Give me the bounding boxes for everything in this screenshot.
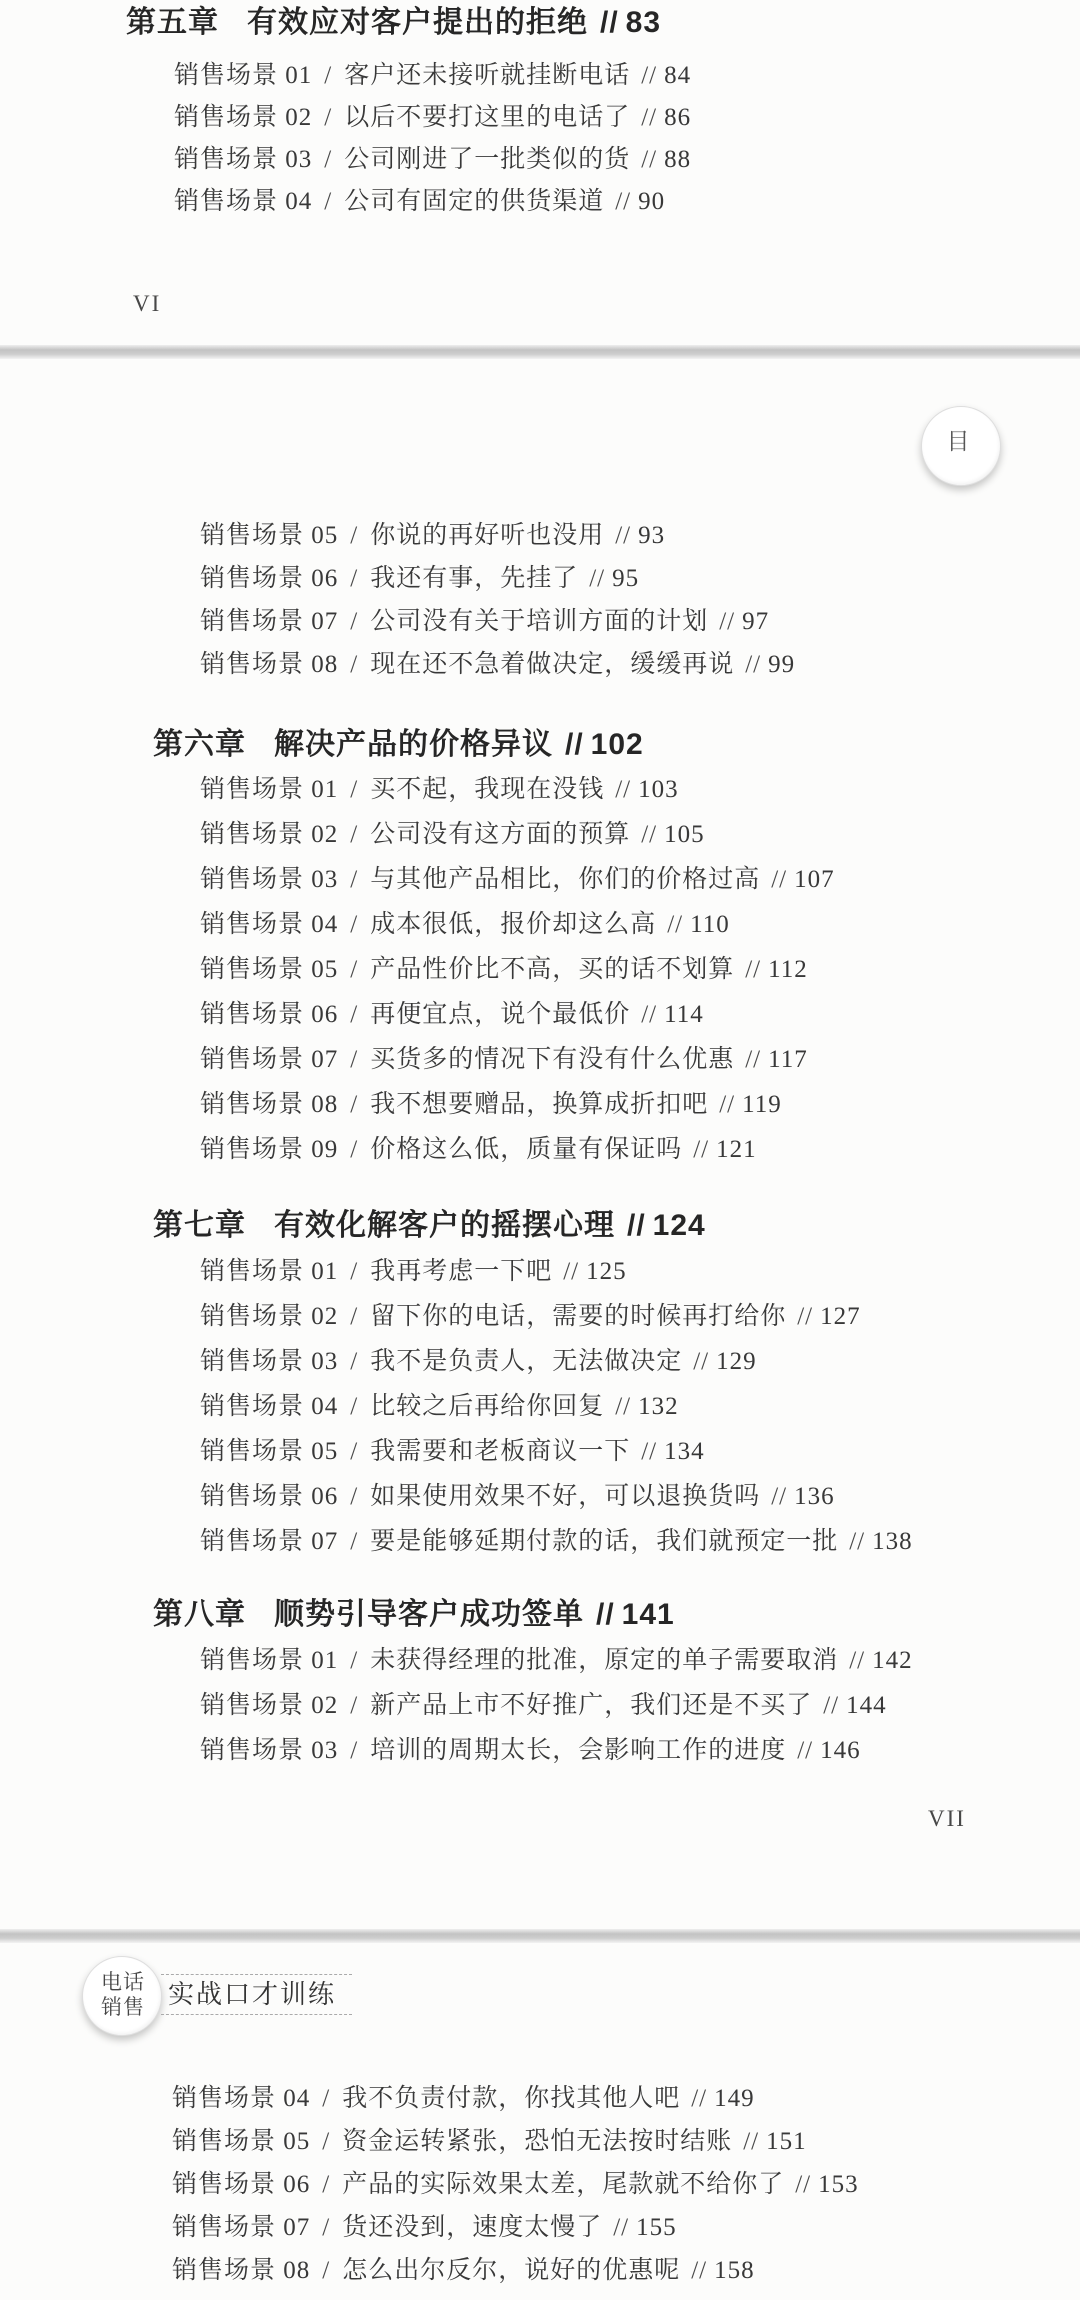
toc-item-title: 公司刚进了一批类似的货: [344, 146, 630, 173]
toc-item-label: 销售场景 07: [200, 608, 338, 635]
toc-item: 销售场景 01/我再考虑一下吧//125: [200, 1258, 913, 1303]
toc-item-label: 销售场景 03: [200, 1348, 338, 1375]
page-separator: //: [693, 1136, 709, 1163]
toc-item-title: 客户还未接听就挂断电话: [344, 62, 630, 89]
toc-item-label: 销售场景 07: [200, 1528, 338, 1555]
toc-item: 销售场景 09/价格这么低，质量有保证吗//121: [200, 1136, 835, 1181]
toc-item: 销售场景 04/我不负责付款，你找其他人吧//149: [172, 2085, 859, 2128]
toc-item-title: 比较之后再给你回复: [370, 1393, 604, 1420]
item-separator: /: [350, 1348, 358, 1375]
item-separator: /: [324, 104, 332, 131]
toc-item-label: 销售场景 01: [200, 1258, 338, 1285]
page-divider: [0, 345, 1080, 359]
toc-item-title: 要是能够延期付款的话，我们就预定一批: [370, 1528, 838, 1555]
toc-item-title: 我不是负责人，无法做决定: [370, 1348, 682, 1375]
chapter-page-number: 124: [653, 1209, 706, 1242]
chapter-page-number: 102: [591, 728, 644, 761]
item-separator: /: [324, 146, 332, 173]
chapter-label: 第五章: [126, 6, 219, 39]
page-separator: //: [849, 1528, 865, 1555]
toc-item-page: 127: [820, 1303, 861, 1330]
item-separator: /: [350, 1046, 358, 1073]
chapter-5-items: 销售场景 01/客户还未接听就挂断电话//84 销售场景 02/以后不要打这里的…: [174, 62, 691, 230]
chapter-6-items: 销售场景 01/买不起，我现在没钱//103 销售场景 02/公司没有这方面的预…: [200, 776, 835, 1181]
chapter-7-heading: 第七章有效化解客户的摇摆心理//124: [153, 1209, 706, 1243]
toc-item: 销售场景 08/怎么出尔反尔，说好的优惠呢//158: [172, 2257, 859, 2300]
item-separator: /: [324, 188, 332, 215]
toc-item-page: 134: [664, 1438, 705, 1465]
chapter-title: 顺势引导客户成功签单: [274, 1598, 584, 1631]
toc-item: 销售场景 06/产品的实际效果太差，尾款就不给你了//153: [172, 2171, 859, 2214]
toc-item-title: 留下你的电话，需要的时候再打给你: [370, 1303, 786, 1330]
toc-item-label: 销售场景 08: [200, 651, 338, 678]
toc-item-page: 93: [638, 522, 665, 549]
toc-item-title: 我还有事，先挂了: [370, 565, 578, 592]
chapter-5-continued-items: 销售场景 05/你说的再好听也没用//93 销售场景 06/我还有事，先挂了//…: [200, 522, 795, 694]
toc-item: 销售场景 03/培训的周期太长，会影响工作的进度//146: [200, 1737, 913, 1782]
item-separator: /: [350, 1258, 358, 1285]
toc-item-title: 公司没有这方面的预算: [370, 821, 630, 848]
toc-item-page: 119: [742, 1091, 782, 1118]
toc-item-label: 销售场景 03: [200, 1737, 338, 1764]
toc-item-title: 价格这么低，质量有保证吗: [370, 1136, 682, 1163]
item-separator: /: [350, 1737, 358, 1764]
toc-item-title: 买不起，我现在没钱: [370, 776, 604, 803]
toc-item-title: 产品性价比不高，买的话不划算: [370, 956, 734, 983]
page-separator: //: [795, 2171, 811, 2198]
chapter-5-heading: 第五章有效应对客户提出的拒绝//83: [126, 6, 661, 40]
toc-item-title: 现在还不急着做决定，缓缓再说: [370, 651, 734, 678]
page-separator: //: [745, 651, 761, 678]
page-separator: //: [849, 1647, 865, 1674]
toc-item: 销售场景 08/我不想要赠品，换算成折扣吧//119: [200, 1091, 835, 1136]
toc-item-page: 153: [818, 2171, 859, 2198]
chapter-label: 第六章: [153, 728, 246, 761]
toc-item: 销售场景 04/成本很低，报价却这么高//110: [200, 911, 835, 956]
item-separator: /: [350, 911, 358, 938]
toc-item-label: 销售场景 05: [200, 956, 338, 983]
chapter-8-items: 销售场景 01/未获得经理的批准，原定的单子需要取消//142 销售场景 02/…: [200, 1647, 913, 1782]
toc-item: 销售场景 05/资金运转紧张，恐怕无法按时结账//151: [172, 2128, 859, 2171]
book-logo-circle: 电话 销售: [82, 1956, 162, 2036]
toc-item-page: 107: [794, 866, 835, 893]
item-separator: /: [350, 1393, 358, 1420]
toc-item-page: 84: [664, 62, 691, 89]
toc-item-label: 销售场景 01: [200, 1647, 338, 1674]
page-separator: //: [797, 1737, 813, 1764]
toc-item: 销售场景 07/买货多的情况下有没有什么优惠//117: [200, 1046, 835, 1091]
toc-item: 销售场景 03/我不是负责人，无法做决定//129: [200, 1348, 913, 1393]
toc-item-page: 103: [638, 776, 679, 803]
toc-item: 销售场景 01/客户还未接听就挂断电话//84: [174, 62, 691, 104]
toc-item-page: 90: [638, 188, 665, 215]
toc-item-label: 销售场景 04: [200, 1393, 338, 1420]
toc-item-label: 销售场景 03: [174, 146, 312, 173]
toc-item: 销售场景 04/公司有固定的供货渠道//90: [174, 188, 691, 230]
toc-item: 销售场景 05/我需要和老板商议一下//134: [200, 1438, 913, 1483]
toc-item-title: 我再考虑一下吧: [370, 1258, 552, 1285]
folio-page-number-vi: VI: [133, 291, 161, 317]
page-separator: //: [641, 104, 657, 131]
toc-item-label: 销售场景 02: [200, 821, 338, 848]
toc-item: 销售场景 05/产品性价比不高，买的话不划算//112: [200, 956, 835, 1001]
toc-item-page: 125: [586, 1258, 627, 1285]
item-separator: /: [350, 608, 358, 635]
page-separator: //: [615, 188, 631, 215]
page-separator: //: [823, 1692, 839, 1719]
toc-item-page: 99: [768, 651, 795, 678]
toc-item-page: 117: [768, 1046, 808, 1073]
page-separator: //: [771, 866, 787, 893]
toc-item-title: 我不负责付款，你找其他人吧: [342, 2085, 680, 2112]
toc-item: 销售场景 02/公司没有这方面的预算//105: [200, 821, 835, 866]
page-separator: //: [743, 2128, 759, 2155]
item-separator: /: [350, 522, 358, 549]
toc-item: 销售场景 01/买不起，我现在没钱//103: [200, 776, 835, 821]
item-separator: /: [350, 1136, 358, 1163]
item-separator: /: [350, 956, 358, 983]
item-separator: /: [322, 2085, 330, 2112]
toc-item-title: 产品的实际效果太差，尾款就不给你了: [342, 2171, 784, 2198]
item-separator: /: [350, 1091, 358, 1118]
page-separator: //: [771, 1483, 787, 1510]
item-separator: /: [350, 1303, 358, 1330]
toc-item: 销售场景 08/现在还不急着做决定，缓缓再说//99: [200, 651, 795, 694]
toc-item-label: 销售场景 06: [200, 1483, 338, 1510]
toc-item-title: 成本很低，报价却这么高: [370, 911, 656, 938]
toc-item-title: 我不想要赠品，换算成折扣吧: [370, 1091, 708, 1118]
toc-item: 销售场景 03/公司刚进了一批类似的货//88: [174, 146, 691, 188]
page-separator: //: [691, 2085, 707, 2112]
item-separator: /: [350, 1438, 358, 1465]
contents-corner-tab: 目: [921, 406, 1001, 486]
toc-item-page: 112: [768, 956, 808, 983]
toc-item-title: 怎么出尔反尔，说好的优惠呢: [342, 2257, 680, 2284]
page-separator: //: [615, 522, 631, 549]
book-logo-line2: 销售: [101, 1995, 145, 2020]
toc-item-title: 以后不要打这里的电话了: [344, 104, 630, 131]
toc-item-title: 公司有固定的供货渠道: [344, 188, 604, 215]
toc-item-label: 销售场景 02: [174, 104, 312, 131]
toc-item: 销售场景 02/留下你的电话，需要的时候再打给你//127: [200, 1303, 913, 1348]
toc-item-label: 销售场景 04: [200, 911, 338, 938]
toc-item-title: 如果使用效果不好，可以退换货吗: [370, 1483, 760, 1510]
page-separator: //: [565, 728, 584, 761]
toc-item-page: 142: [872, 1647, 913, 1674]
toc-item-page: 121: [716, 1136, 757, 1163]
toc-item-page: 97: [742, 608, 769, 635]
toc-item-page: 158: [714, 2257, 755, 2284]
toc-item-label: 销售场景 05: [200, 522, 338, 549]
toc-item: 销售场景 07/要是能够延期付款的话，我们就预定一批//138: [200, 1528, 913, 1573]
page-separator: //: [615, 776, 631, 803]
toc-item-label: 销售场景 03: [200, 866, 338, 893]
toc-item: 销售场景 06/如果使用效果不好，可以退换货吗//136: [200, 1483, 913, 1528]
chapter-label: 第七章: [153, 1209, 246, 1242]
toc-item: 销售场景 05/你说的再好听也没用//93: [200, 522, 795, 565]
chapter-title: 有效应对客户提出的拒绝: [247, 6, 588, 39]
toc-item: 销售场景 06/我还有事，先挂了//95: [200, 565, 795, 608]
toc-item-page: 88: [664, 146, 691, 173]
page-separator: //: [641, 146, 657, 173]
toc-item-label: 销售场景 07: [172, 2214, 310, 2241]
toc-item-page: 86: [664, 104, 691, 131]
toc-item-page: 144: [846, 1692, 887, 1719]
page-separator: //: [589, 565, 605, 592]
toc-item-title: 货还没到，速度太慢了: [342, 2214, 602, 2241]
toc-item-page: 155: [636, 2214, 677, 2241]
chapter-page-number: 141: [622, 1598, 675, 1631]
toc-item-label: 销售场景 05: [172, 2128, 310, 2155]
toc-item-page: 95: [612, 565, 639, 592]
book-logo-text: 电话 销售: [101, 1970, 145, 2020]
toc-item-title: 你说的再好听也没用: [370, 522, 604, 549]
page-separator: //: [641, 1001, 657, 1028]
toc-item-label: 销售场景 08: [200, 1091, 338, 1118]
chapter-8-continued-items: 销售场景 04/我不负责付款，你找其他人吧//149 销售场景 05/资金运转紧…: [172, 2085, 859, 2300]
page-separator: //: [745, 1046, 761, 1073]
toc-item-label: 销售场景 08: [172, 2257, 310, 2284]
item-separator: /: [350, 1692, 358, 1719]
contents-tab-glyph: 目: [947, 423, 970, 456]
toc-item-label: 销售场景 06: [200, 565, 338, 592]
page-separator: //: [797, 1303, 813, 1330]
toc-item-label: 销售场景 04: [172, 2085, 310, 2112]
toc-item-label: 销售场景 09: [200, 1136, 338, 1163]
toc-item: 销售场景 01/未获得经理的批准，原定的单子需要取消//142: [200, 1647, 913, 1692]
item-separator: /: [350, 1483, 358, 1510]
toc-item: 销售场景 07/公司没有关于培训方面的计划//97: [200, 608, 795, 651]
chapter-title: 解决产品的价格异议: [274, 728, 553, 761]
toc-item-label: 销售场景 06: [200, 1001, 338, 1028]
toc-item-page: 132: [638, 1393, 679, 1420]
item-separator: /: [350, 1001, 358, 1028]
toc-item-title: 再便宜点，说个最低价: [370, 1001, 630, 1028]
toc-item-label: 销售场景 05: [200, 1438, 338, 1465]
item-separator: /: [322, 2214, 330, 2241]
toc-item-title: 公司没有关于培训方面的计划: [370, 608, 708, 635]
toc-item: 销售场景 03/与其他产品相比，你们的价格过高//107: [200, 866, 835, 911]
toc-item-label: 销售场景 01: [200, 776, 338, 803]
page-separator: //: [641, 62, 657, 89]
toc-item-title: 买货多的情况下有没有什么优惠: [370, 1046, 734, 1073]
toc-item-page: 151: [766, 2128, 807, 2155]
toc-item-label: 销售场景 07: [200, 1046, 338, 1073]
toc-item-label: 销售场景 01: [174, 62, 312, 89]
page-separator: //: [667, 911, 683, 938]
toc-item-label: 销售场景 02: [200, 1692, 338, 1719]
page-separator: //: [693, 1348, 709, 1375]
item-separator: /: [322, 2257, 330, 2284]
chapter-7-items: 销售场景 01/我再考虑一下吧//125 销售场景 02/留下你的电话，需要的时…: [200, 1258, 913, 1573]
chapter-page-number: 83: [626, 6, 661, 39]
toc-item-page: 138: [872, 1528, 913, 1555]
toc-item-label: 销售场景 02: [200, 1303, 338, 1330]
page-divider: [0, 1929, 1080, 1943]
toc-item-title: 资金运转紧张，恐怕无法按时结账: [342, 2128, 732, 2155]
page-separator: //: [641, 1438, 657, 1465]
chapter-label: 第八章: [153, 1598, 246, 1631]
toc-item-label: 销售场景 04: [174, 188, 312, 215]
item-separator: /: [350, 1528, 358, 1555]
toc-item-page: 149: [714, 2085, 755, 2112]
page-separator: //: [615, 1393, 631, 1420]
page-separator: //: [745, 956, 761, 983]
page-separator: //: [596, 1598, 615, 1631]
page-separator: //: [627, 1209, 646, 1242]
toc-item-page: 110: [690, 911, 730, 938]
item-separator: /: [324, 62, 332, 89]
toc-item-page: 136: [794, 1483, 835, 1510]
toc-item: 销售场景 07/货还没到，速度太慢了//155: [172, 2214, 859, 2257]
toc-item-title: 我需要和老板商议一下: [370, 1438, 630, 1465]
item-separator: /: [350, 1647, 358, 1674]
toc-item-label: 销售场景 06: [172, 2171, 310, 2198]
item-separator: /: [350, 866, 358, 893]
item-separator: /: [350, 821, 358, 848]
page-separator: //: [691, 2257, 707, 2284]
toc-item-title: 与其他产品相比，你们的价格过高: [370, 866, 760, 893]
chapter-6-heading: 第六章解决产品的价格异议//102: [153, 728, 644, 762]
toc-item-title: 新产品上市不好推广，我们还是不买了: [370, 1692, 812, 1719]
page-separator: //: [613, 2214, 629, 2241]
item-separator: /: [350, 565, 358, 592]
page-separator: //: [719, 1091, 735, 1118]
chapter-8-heading: 第八章顺势引导客户成功签单//141: [153, 1598, 675, 1632]
toc-item-page: 114: [664, 1001, 704, 1028]
item-separator: /: [322, 2128, 330, 2155]
page-separator: //: [563, 1258, 579, 1285]
page-separator: //: [600, 6, 619, 39]
toc-item-page: 129: [716, 1348, 757, 1375]
toc-item: 销售场景 02/新产品上市不好推广，我们还是不买了//144: [200, 1692, 913, 1737]
book-toc-scan: 第五章有效应对客户提出的拒绝//83 销售场景 01/客户还未接听就挂断电话//…: [0, 0, 1080, 2300]
toc-item: 销售场景 02/以后不要打这里的电话了//86: [174, 104, 691, 146]
toc-item: 销售场景 04/比较之后再给你回复//132: [200, 1393, 913, 1438]
item-separator: /: [350, 651, 358, 678]
toc-item-title: 培训的周期太长，会影响工作的进度: [370, 1737, 786, 1764]
page-separator: //: [719, 608, 735, 635]
toc-item-page: 146: [820, 1737, 861, 1764]
item-separator: /: [350, 776, 358, 803]
page-separator: //: [641, 821, 657, 848]
folio-page-number-vii: VII: [928, 1806, 966, 1832]
toc-item-title: 未获得经理的批准，原定的单子需要取消: [370, 1647, 838, 1674]
chapter-title: 有效化解客户的摇摆心理: [274, 1209, 615, 1242]
book-logo-banner: 实战口才训练: [161, 1974, 352, 2015]
toc-item: 销售场景 06/再便宜点，说个最低价//114: [200, 1001, 835, 1046]
toc-item-page: 105: [664, 821, 705, 848]
book-logo-line1: 电话: [101, 1970, 145, 1995]
item-separator: /: [322, 2171, 330, 2198]
